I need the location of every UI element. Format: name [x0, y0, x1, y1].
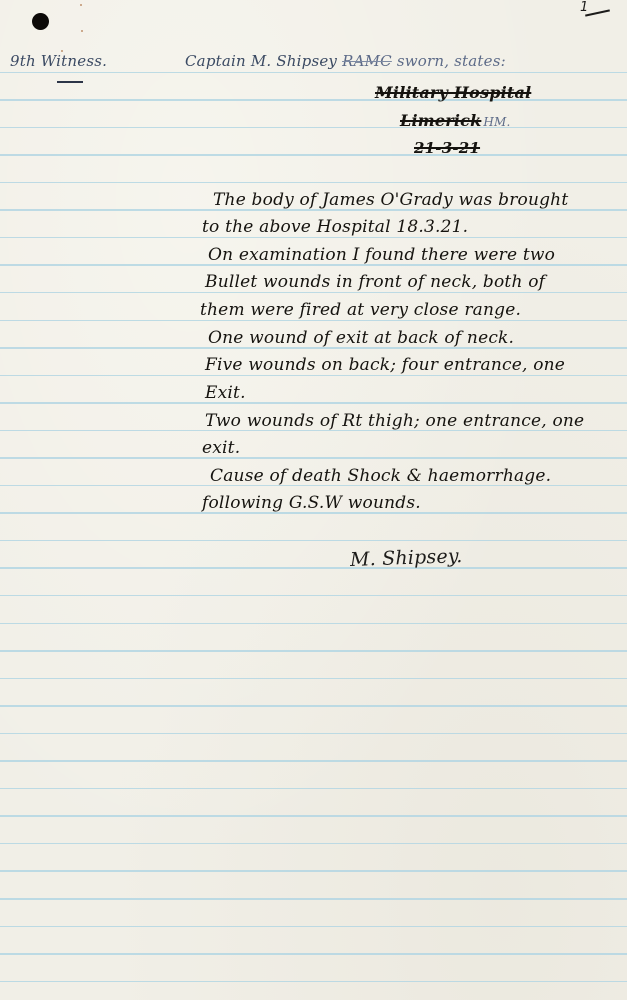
location-suffix: HM. [483, 115, 510, 129]
ruled-line [0, 870, 627, 872]
ruled-line [0, 292, 627, 294]
location-city: Limerick [400, 111, 481, 130]
ruled-line [0, 926, 627, 928]
punch-hole [32, 13, 49, 30]
ruled-line [0, 540, 627, 542]
ruled-line [0, 402, 627, 404]
body-line: them were fired at very close range. [200, 300, 521, 320]
body-line: to the above Hospital 18.3.21. [202, 217, 468, 237]
body-line: Exit. [205, 383, 246, 403]
body-line: One wound of exit at back of neck. [208, 328, 514, 348]
witness-label: 9th Witness. [10, 52, 107, 70]
body-line: On examination I found there were two [208, 245, 555, 265]
witness-underline [57, 81, 83, 83]
ruled-line [0, 678, 627, 680]
ruled-line [0, 567, 627, 569]
ruled-line [0, 650, 627, 652]
deponent-name: Captain M. Shipsey [185, 52, 337, 70]
body-line: Cause of death Shock & haemorrhage. [210, 466, 551, 486]
ruled-line [0, 595, 627, 597]
ruled-line [0, 788, 627, 790]
location-city-line: LimerickHM. [400, 111, 511, 130]
ruled-line [0, 898, 627, 900]
deponent-action: sworn, states: [397, 52, 506, 70]
page-number-underline [585, 9, 610, 16]
ruled-line [0, 154, 627, 156]
handwritten-deposition-page: 1 9th Witness. Captain M. Shipsey RAMC s… [0, 0, 627, 1000]
paper-fleck [81, 30, 83, 32]
ruled-line [0, 127, 627, 129]
page-number: 1 [580, 0, 588, 15]
signature: M. Shipsey. [350, 545, 463, 571]
ruled-line [0, 760, 627, 762]
deponent-corps: RAMC [342, 52, 392, 70]
ruled-line [0, 623, 627, 625]
body-line: Two wounds of Rt thigh; one entrance, on… [205, 411, 584, 431]
ruled-line [0, 182, 627, 184]
ruled-line [0, 237, 627, 239]
paper-fleck [80, 4, 82, 6]
ruled-line [0, 99, 627, 101]
ruled-line [0, 843, 627, 845]
ruled-line [0, 981, 627, 983]
deponent-line: Captain M. Shipsey RAMC sworn, states: [185, 52, 506, 70]
location-hospital: Military Hospital [375, 83, 531, 102]
ruled-line [0, 815, 627, 817]
ruled-line [0, 733, 627, 735]
body-line: following G.S.W wounds. [202, 493, 421, 513]
ruled-line [0, 72, 627, 74]
ruled-line [0, 705, 627, 707]
body-line: Bullet wounds in front of neck, both of [205, 272, 545, 292]
ruled-line [0, 953, 627, 955]
body-line: Five wounds on back; four entrance, one [205, 355, 565, 375]
ruled-line [0, 457, 627, 459]
body-line: exit. [202, 438, 240, 458]
body-line: The body of James O'Grady was brought [213, 190, 568, 210]
statement-date: 21-3-21 [414, 139, 480, 157]
